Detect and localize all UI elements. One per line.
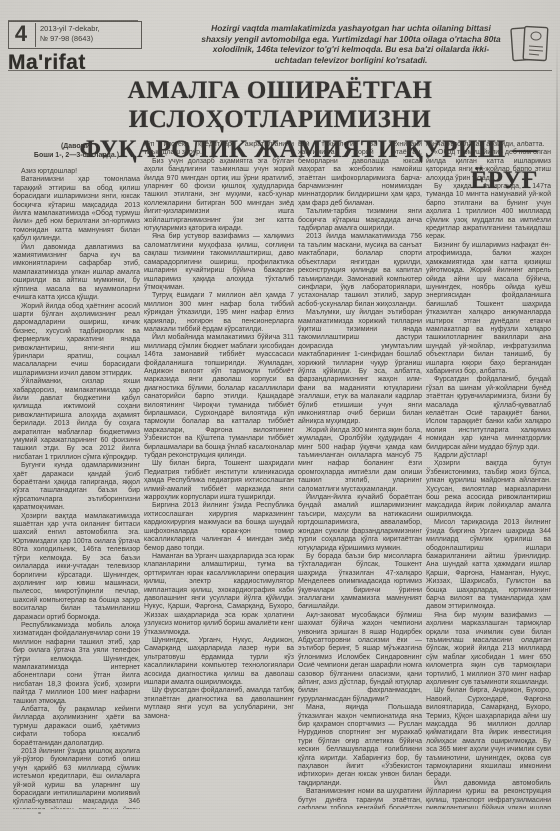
- paragraph: Ҳозирги вақтда бутун Ўзбекистонимиз, таъ…: [426, 460, 551, 519]
- paragraph: Яна бир устувор вазифамиз — халқимиз сал…: [144, 233, 294, 292]
- paragraph: кўп ипотека кредитлари ажратилганини таъ…: [144, 141, 294, 158]
- paragraph: Шу билан бирга, Тошкент шаҳридаги Педиат…: [144, 460, 294, 502]
- paragraph: Ватанимизнинг номи ва шуҳратини бутун ду…: [298, 788, 422, 809]
- paragraph: Йил давомида автомобиль йўлларини қуриш …: [426, 780, 551, 809]
- issue-box-divider: [35, 23, 36, 47]
- paragraph: Республикамизда мобиль алоқа хизматидан …: [13, 622, 140, 706]
- scan-edge-shadow: [556, 40, 558, 760]
- paragraph: Бугунги кунда одамларимизнинг ҳаёт дараж…: [13, 462, 140, 512]
- paragraph: Биргина 2013 йилнинг ўзида Республика их…: [144, 502, 294, 552]
- issue-date: 2013-yil 7-dekabr,: [40, 24, 100, 34]
- paragraph: Маълумки, шу йилдан эътиборан мамлакатим…: [298, 309, 422, 427]
- paragraph: 2013 йилда мамлакатимизда 756 та таълим …: [298, 233, 422, 309]
- paragraph: Биз учун долзарб аҳамиятга эга бўлган аҳ…: [144, 158, 294, 234]
- paragraph: Фурсатдан фойдаланиб, бундай гўзал ва ши…: [426, 376, 551, 452]
- issue-number: № 97-98 (8643): [40, 34, 100, 44]
- continuation-note: (Давоми. Боши 1-, 2—3-бетларда.): [19, 142, 134, 160]
- paragraph: Албатта, бу рақамлар кейинги йилларда аҳ…: [13, 706, 140, 748]
- paragraph: Таълим-тарбия тизимини янги босқичга кўт…: [298, 208, 422, 233]
- paragraph: Шунингдек, Урганч, Нукус, Андижон, Самар…: [144, 637, 294, 687]
- paragraph: Ўйлайманки, сизлар яхши хабардорсиз, мам…: [13, 378, 140, 462]
- column-2: кўп ипотека кредитлари ажратилганини таъ…: [144, 141, 294, 809]
- paragraph: Ҳозирги вақтда мамлакатимизда яшаётган ҳ…: [13, 513, 140, 622]
- paragraph: Бу ҳақда гапирганда, 147та туманда 10 ми…: [426, 183, 551, 242]
- column-3: вий технология ва техникани ҳаётимизга ж…: [298, 141, 422, 809]
- issue-box: 4 2013-yil 7-dekabr, № 97-98 (8643): [8, 21, 142, 49]
- header-rule: [8, 70, 552, 71]
- paragraph: Туғруқ ёшидаги 7 миллион аёл ҳамда 7 мил…: [144, 292, 294, 334]
- booklet-icon: [508, 22, 552, 66]
- scan-speck: [38, 812, 41, 814]
- page-number: 4: [11, 23, 31, 47]
- paragraph: Йилдан-йилга кучайиб бораётган бундай ам…: [298, 494, 422, 553]
- paragraph: 2013 йилнинг ўзида қишлоқ аҳолига уй-рўз…: [13, 748, 140, 809]
- page-header: 4 2013-yil 7-dekabr, № 97-98 (8643) Ma'r…: [8, 21, 552, 69]
- paragraph: Азиз юртдошлар!: [13, 168, 140, 176]
- article-body: (Давоми. Боши 1-, 2—3-бетларда.) Азиз юр…: [13, 141, 551, 809]
- column-1: (Давоми. Боши 1-, 2—3-бетларда.) Азиз юр…: [13, 141, 140, 809]
- paragraph: Мана, яқинда Польшада ўтказилган жаҳон ч…: [298, 704, 422, 788]
- paragraph: Шу фурсатдан фойдаланиб, амалда татбиқ э…: [144, 687, 294, 721]
- paragraph: Наманган ва Урганч шаҳарларида эса юрак …: [144, 553, 294, 637]
- column-4: қанча эъзозласак, арзийди, албатта.«Обод…: [426, 141, 551, 809]
- paragraph: Шу билан бирга, Андижон, Бухоро, Навоий,…: [426, 687, 551, 779]
- paragraph: «Обод турмуш йили» деб ном олган йилда қ…: [426, 149, 551, 183]
- lead-summary: Hozirgi vaqtda mamlakatimizda yashayotga…: [186, 23, 508, 65]
- masthead-title: Ma'rifat: [8, 51, 186, 75]
- newspaper-page: 4 2013-yil 7-dekabr, № 97-98 (8643) Ma'r…: [0, 0, 560, 831]
- paragraph: Йил давомида давлатимиз ва жамиятимизнин…: [13, 244, 140, 303]
- paragraph: Ватанимизни ҳар томонлама тараққий эттир…: [13, 176, 140, 243]
- issue-info: 2013-yil 7-dekabr, № 97-98 (8643): [40, 23, 100, 47]
- paragraph: Йил мобайнида мамлакатимиз бўйича 311 ми…: [144, 334, 294, 460]
- paragraph: вий технология ва техникани ҳаётимизга ж…: [298, 141, 422, 208]
- paragraph: Бизнинг бу ишларимиз нафақат ён-атрофими…: [426, 242, 551, 377]
- paragraph: Жорий йилда обод ҳаётнинг асосий шарти б…: [13, 303, 140, 379]
- paragraph: Яна бир муҳим вазифамиз — аҳолини марказ…: [426, 612, 551, 688]
- paragraph: Мисол тариқасида 2013 йилнинг ўзида бирг…: [426, 519, 551, 611]
- paragraph: Бу борада баъзи бир мисолларга тўхталади…: [298, 553, 422, 612]
- headline-line1: АМАЛГА ОШИРАЁТГАН ИСЛОҲОТЛАРИМИЗНИ: [10, 76, 550, 134]
- masthead-block: 4 2013-yil 7-dekabr, № 97-98 (8643) Ma'r…: [8, 21, 186, 75]
- paragraph: Ақл-заковат мусобақаси бўлмиш шахмат бўй…: [298, 612, 422, 704]
- paragraph: Жорий йилда 300 мингга яқин бола, жумлад…: [298, 427, 422, 494]
